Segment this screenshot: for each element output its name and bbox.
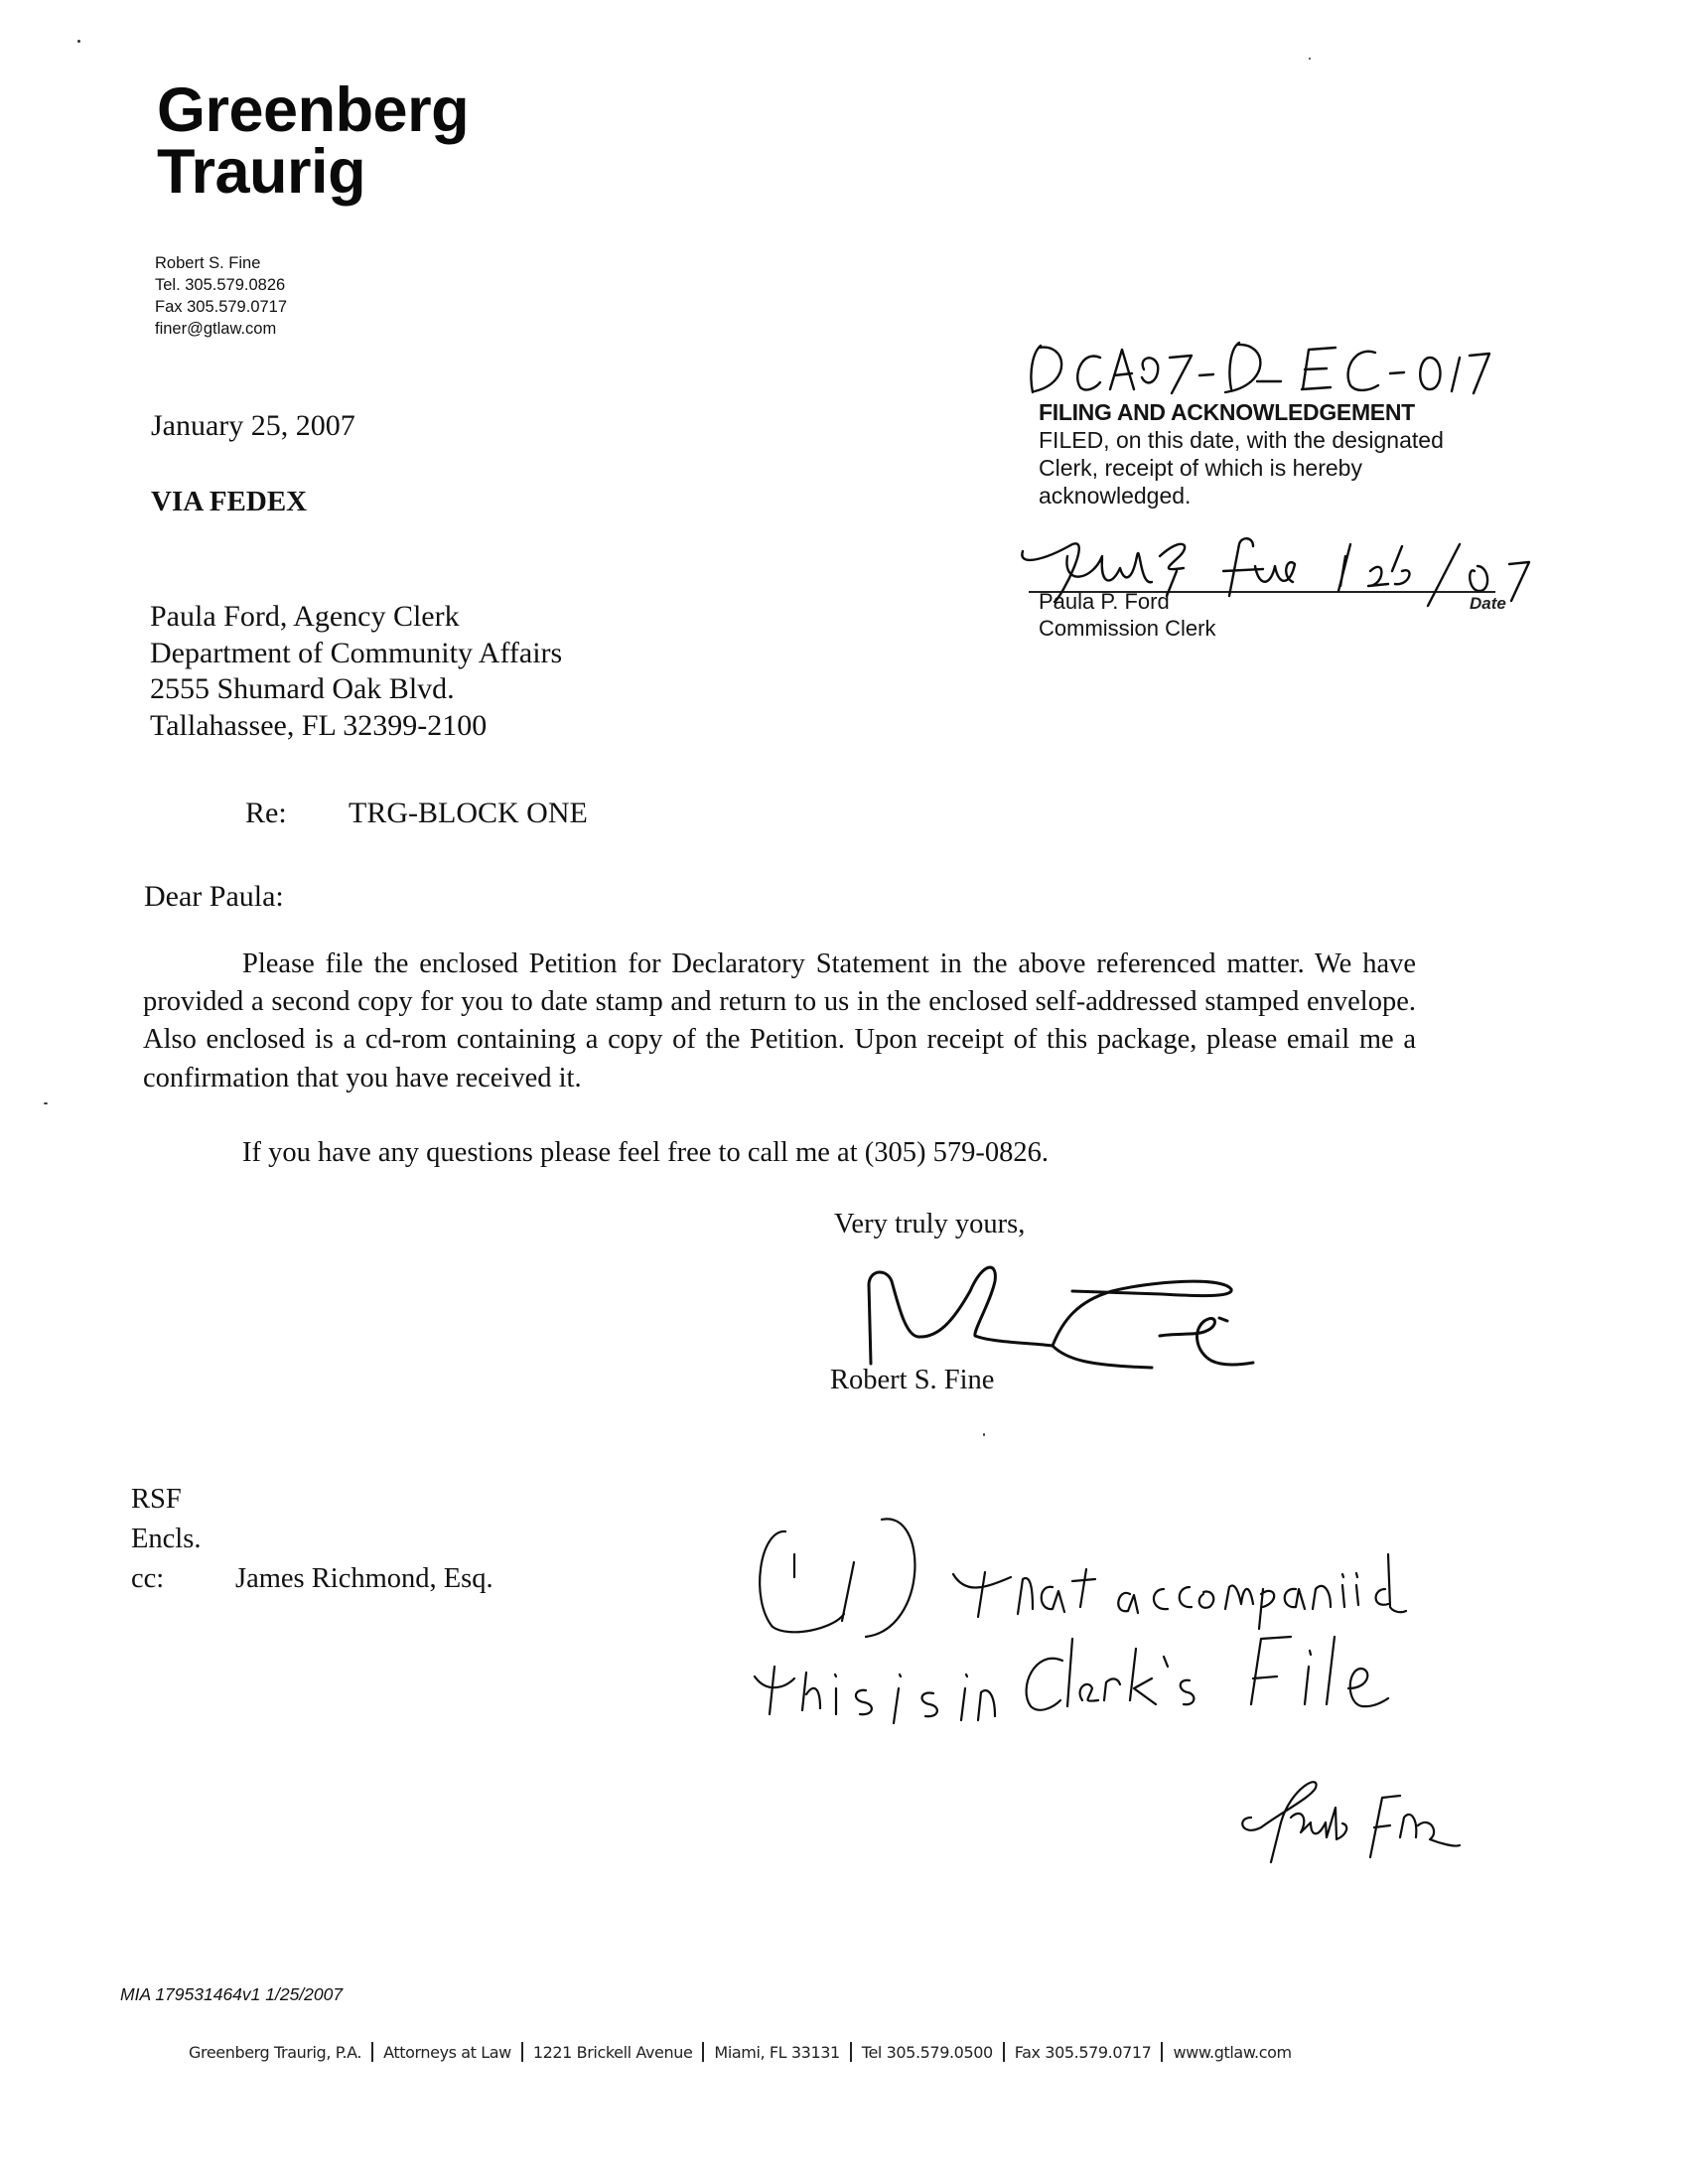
recipient-line: 2555 Shumard Oak Blvd. [150,671,562,708]
recipient-address: Paula Ford, Agency Clerk Department of C… [150,599,562,744]
footer-separator [1003,2042,1005,2062]
footer-item: 1221 Brickell Avenue [533,2043,693,2062]
stamp-title: FILING AND ACKNOWLEDGEMENT [1039,398,1444,426]
firm-logo: Greenberg Traurig [157,79,469,203]
stamp-line: Clerk, receipt of which is hereby [1039,454,1444,482]
filing-stamp: FILING AND ACKNOWLEDGEMENT FILED, on thi… [1039,398,1444,510]
re-label: Re: [245,797,287,830]
footer-item: Attorneys at Law [383,2043,511,2062]
re-subject: TRG-BLOCK ONE [349,797,588,830]
cc-name: James Richmond, Esq. [235,1559,493,1599]
cc-label: cc: [131,1563,164,1594]
stamp-line: FILED, on this date, with the designated [1039,426,1444,454]
stamp-signer: Paula P. Ford Commission Clerk [1039,588,1215,642]
delivery-method: VIA FEDEX [151,486,307,518]
body-paragraph-2: If you have any questions please feel fr… [242,1137,1049,1169]
signer-name: Robert S. Fine [830,1365,994,1396]
stamp-signer-name: Paula P. Ford [1039,588,1215,615]
body-paragraph-1-text: Please file the enclosed Petition for De… [143,948,1416,1093]
reference-block: RSF Encls. cc: James Richmond, Esq. [131,1480,201,1599]
sender-tel: Tel. 305.579.0826 [155,274,287,296]
firm-footer: Greenberg Traurig, P.A.Attorneys at Law1… [189,2042,1292,2062]
closing: Very truly yours, [834,1209,1025,1240]
footer-separator [521,2042,523,2062]
sender-email[interactable]: finer@gtlaw.com [155,318,287,340]
stamp-line: acknowledged. [1039,482,1444,510]
stamp-date-label: Date [1470,594,1506,614]
sender-name: Robert S. Fine [155,252,287,274]
stamp-signer-title: Commission Clerk [1039,615,1215,642]
recipient-line: Department of Community Affairs [150,636,562,672]
footer-item: Miami, FL 33131 [714,2043,839,2062]
sender-fax: Fax 305.579.0717 [155,296,287,318]
recipient-line: Tallahassee, FL 32399-2100 [150,708,562,745]
document-id: MIA 179531464v1 1/25/2007 [120,1984,343,2005]
footer-separator [850,2042,852,2062]
scan-speck [77,40,80,43]
typist-initials: RSF [131,1480,201,1520]
scan-speck [1309,58,1311,60]
cc-line: cc: James Richmond, Esq. [131,1559,201,1599]
letter-date: January 25, 2007 [151,409,355,443]
scan-speck [44,1102,48,1104]
footer-website[interactable]: www.gtlaw.com [1173,2043,1291,2062]
letter-signature [869,1267,1253,1368]
footer-item: Tel 305.579.0500 [862,2043,993,2062]
handwritten-note [755,1519,1460,1862]
recipient-line: Paula Ford, Agency Clerk [150,599,562,636]
scan-speck [983,1433,985,1436]
footer-separator [371,2042,373,2062]
footer-separator [1161,2042,1163,2062]
salutation: Dear Paula: [144,880,284,914]
firm-logo-line2: Traurig [157,141,469,203]
footer-separator [702,2042,704,2062]
sender-contact-block: Robert S. Fine Tel. 305.579.0826 Fax 305… [155,252,287,340]
footer-item: Fax 305.579.0717 [1015,2043,1152,2062]
handwritten-case-number [1031,343,1489,393]
footer-item: Greenberg Traurig, P.A. [189,2043,361,2062]
enclosures-note: Encls. [131,1520,201,1559]
body-paragraph-1: Please file the enclosed Petition for De… [143,946,1416,1097]
firm-logo-line1: Greenberg [157,79,469,141]
